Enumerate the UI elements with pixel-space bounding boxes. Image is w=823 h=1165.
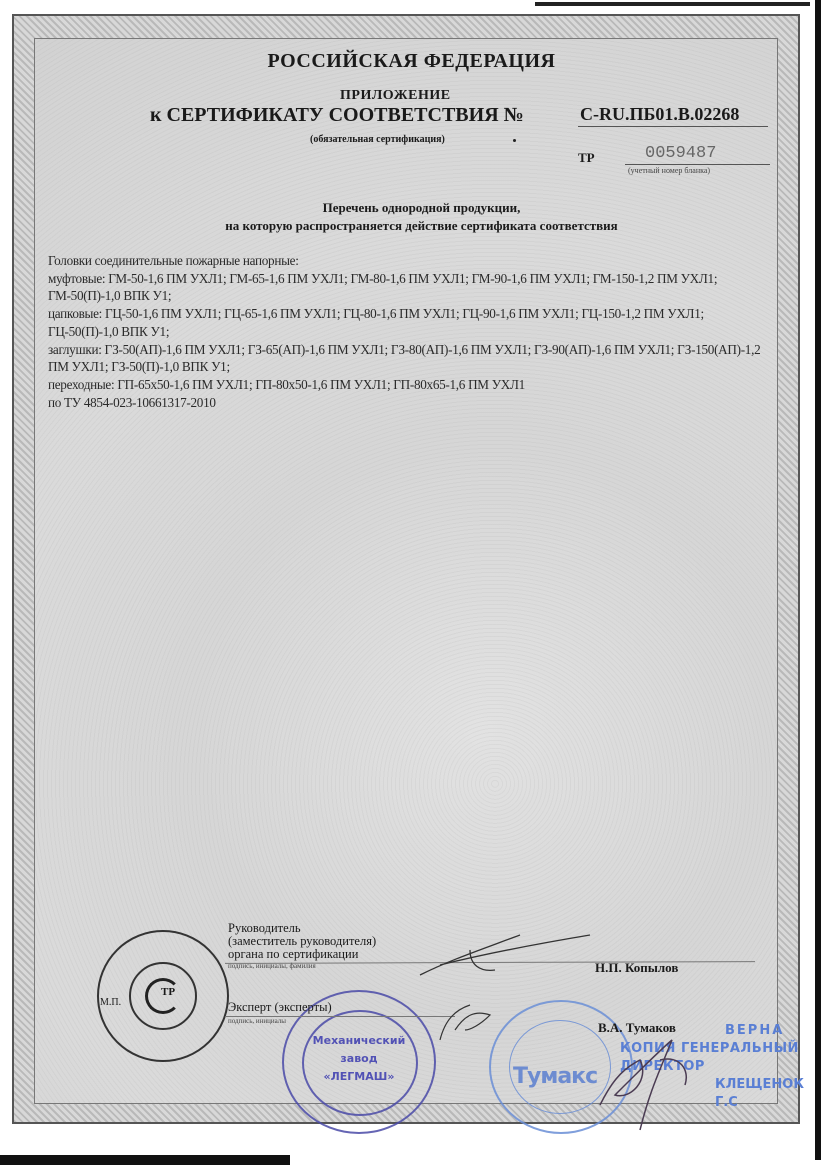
scan-edge-right [815,0,821,1160]
expert-caption: подпись, инициалы [228,1017,286,1025]
certificate-title: к СЕРТИФИКАТУ СООТВЕТСТВИЯ № [150,104,524,127]
product-intro: Головки соединительные пожарные напорные… [48,252,768,270]
product-group-caps: заглушки: ГЗ-50(АП)-1,6 ПМ УХЛ1; ГЗ-65(А… [48,341,768,376]
country-heading: РОССИЙСКАЯ ФЕДЕРАЦИЯ [0,50,823,73]
dot-mark [513,139,516,142]
appendix-heading: ПРИЛОЖЕНИЕ [340,88,451,104]
stamp-logo-text: Тумакс [513,1064,597,1089]
stamp-logo-text: TP [161,986,175,998]
list-title: Перечень однородной продукции, [0,200,823,216]
copy-stamp-line: КОПИЯ ГЕНЕРАЛЬНЫЙ ДИРЕКТОР [620,1040,823,1076]
product-group-adapters: переходные: ГП-65х50-1,6 ПМ УХЛ1; ГП-80х… [48,376,768,394]
scan-edge-bottom [0,1155,290,1165]
certificate-number: С-RU.ПБ01.В.02268 [580,104,739,125]
scan-edge-top [535,2,810,6]
blank-prefix: ТР [578,150,595,166]
certification-type: (обязательная сертификация) [310,134,445,145]
head-role-body: органа по сертификации [228,948,376,961]
seal-place-label: М.П. [100,997,121,1008]
divider [578,126,768,127]
stamp-text: завод [284,1052,434,1065]
product-group-spigot: цапковые: ГЦ-50-1,6 ПМ УХЛ1; ГЦ-65-1,6 П… [48,305,768,340]
copy-stamp-line: КЛЕЩЕНОК Г.С [715,1076,823,1112]
product-list: Головки соединительные пожарные напорные… [48,252,768,411]
product-standard: по ТУ 4854-023-10661317-2010 [48,394,768,412]
divider [625,164,770,165]
stamp-text: «ЛЕГМАШ» [284,1070,434,1083]
product-group-coupling: муфтовые: ГМ-50-1,6 ПМ УХЛ1; ГМ-65-1,6 П… [48,270,768,305]
expert-label: Эксперт (эксперты) [228,1000,332,1015]
head-signature-label: Руководитель (заместитель руководителя) … [228,922,376,961]
head-name: Н.П. Копылов [595,960,678,976]
blank-number: 0059487 [645,144,716,163]
list-subtitle: на которую распространяется действие сер… [0,218,823,234]
stamp-text: Механический [284,1034,434,1047]
certification-body-stamp: TP [97,930,229,1062]
blank-caption: (учетный номер бланка) [628,166,710,175]
signature-caption: подпись, инициалы, фамилия [228,962,316,970]
true-copy-stamp: ВЕРНА КОПИЯ ГЕНЕРАЛЬНЫЙ ДИРЕКТОР КЛЕЩЕНО… [620,1022,823,1112]
copy-stamp-line: ВЕРНА [725,1022,823,1040]
